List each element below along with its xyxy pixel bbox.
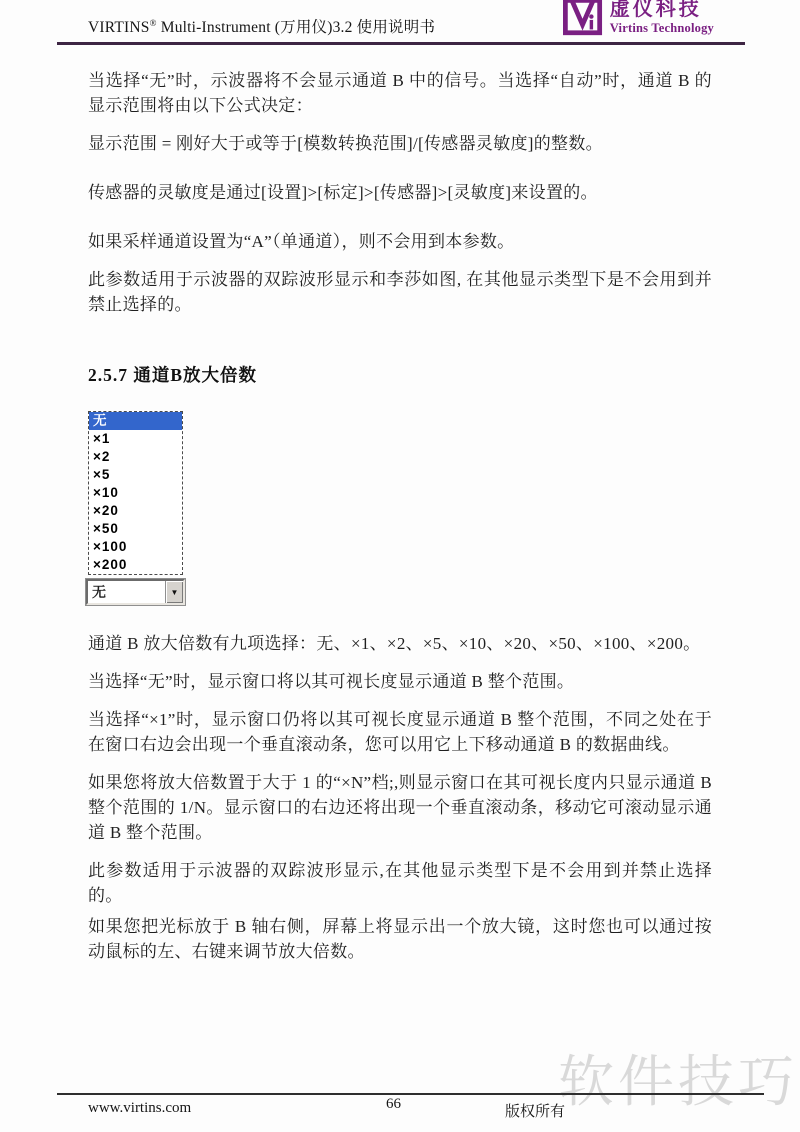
listbox-item[interactable]: ×50: [89, 520, 182, 538]
listbox-item[interactable]: ×200: [89, 556, 182, 574]
paragraph-formula: 显示范围 = 刚好大于或等于[模数转换范围]/[传感器灵敏度]的整数。: [88, 131, 712, 156]
company-name-cn: 虚仪科技: [610, 0, 714, 19]
magnification-combobox[interactable]: 无 ▼: [86, 579, 185, 605]
listbox-item[interactable]: ×10: [89, 484, 182, 502]
combobox-dropdown-button[interactable]: ▼: [165, 581, 183, 603]
combobox-value: 无: [88, 582, 106, 602]
page-number: 66: [386, 1096, 401, 1113]
footer-website: www.virtins.com: [88, 1100, 191, 1117]
paragraph: 如果您将放大倍数置于大于 1 的“×N”档;,则显示窗口在其可视长度内只显示通道…: [88, 770, 712, 845]
document-title: VIRTINS® Multi-Instrument (万用仪)3.2 使用说明书: [88, 15, 435, 37]
page-body: 当选择“无”时，示波器将不会显示通道 B 中的信号。当选择“自动”时，通道 B …: [0, 45, 800, 964]
paragraph: 当选择“×1”时，显示窗口仍将以其可视长度显示通道 B 整个范围，不同之处在于在…: [88, 707, 712, 757]
listbox-item[interactable]: ×2: [89, 448, 182, 466]
virtins-logo-icon: [562, 0, 604, 38]
brand-name: VIRTINS: [88, 19, 150, 36]
listbox-item[interactable]: ×1: [89, 430, 182, 448]
chevron-down-icon: ▼: [171, 588, 179, 597]
registered-mark: ®: [150, 18, 157, 28]
company-name-en: Virtins Technology: [610, 22, 714, 35]
paragraph: 传感器的灵敏度是通过[设置]>[标定]>[传感器]>[灵敏度]来设置的。: [88, 180, 712, 205]
paragraph: 通道 B 放大倍数有九项选择：无、×1、×2、×5、×10、×20、×50、×1…: [88, 631, 712, 656]
footer-rule: [57, 1093, 764, 1095]
listbox-item[interactable]: ×100: [89, 538, 182, 556]
paragraph: 如果您把光标放于 B 轴右侧，屏幕上将显示出一个放大镜，这时您也可以通过按动鼠标…: [88, 914, 712, 964]
listbox-item[interactable]: ×20: [89, 502, 182, 520]
footer-copyright: 版权所有: [505, 1100, 565, 1121]
document-title-rest: Multi-Instrument (万用仪)3.2 使用说明书: [157, 19, 436, 36]
paragraph: 当选择“无”时，示波器将不会显示通道 B 中的信号。当选择“自动”时，通道 B …: [88, 68, 712, 118]
listbox-item[interactable]: ×5: [89, 466, 182, 484]
magnification-listbox[interactable]: 无 ×1 ×2 ×5 ×10 ×20 ×50 ×100 ×200: [88, 411, 183, 575]
virtins-logo: 虚仪科技 Virtins Technology: [562, 0, 714, 38]
listbox-item-selected[interactable]: 无: [89, 412, 182, 430]
paragraph: 此参数适用于示波器的双踪波形显示和李莎如图, 在其他显示类型下是不会用到并禁止选…: [88, 267, 712, 317]
page-header: VIRTINS® Multi-Instrument (万用仪)3.2 使用说明书…: [0, 0, 800, 42]
logo-text: 虚仪科技 Virtins Technology: [610, 0, 714, 35]
watermark: 软件技巧: [558, 1038, 798, 1118]
paragraph: 当选择“无”时，显示窗口将以其可视长度显示通道 B 整个范围。: [88, 669, 712, 694]
manual-page: VIRTINS® Multi-Instrument (万用仪)3.2 使用说明书…: [0, 0, 800, 1132]
section-heading: 2.5.7 通道B放大倍数: [88, 362, 712, 387]
dropdown-figure: 无 ×1 ×2 ×5 ×10 ×20 ×50 ×100 ×200 无 ▼: [88, 411, 712, 605]
paragraph: 如果采样通道设置为“A”（单通道），则不会用到本参数。: [88, 229, 712, 254]
paragraph: 此参数适用于示波器的双踪波形显示,在其他显示类型下是不会用到并禁止选择的。: [88, 858, 712, 908]
